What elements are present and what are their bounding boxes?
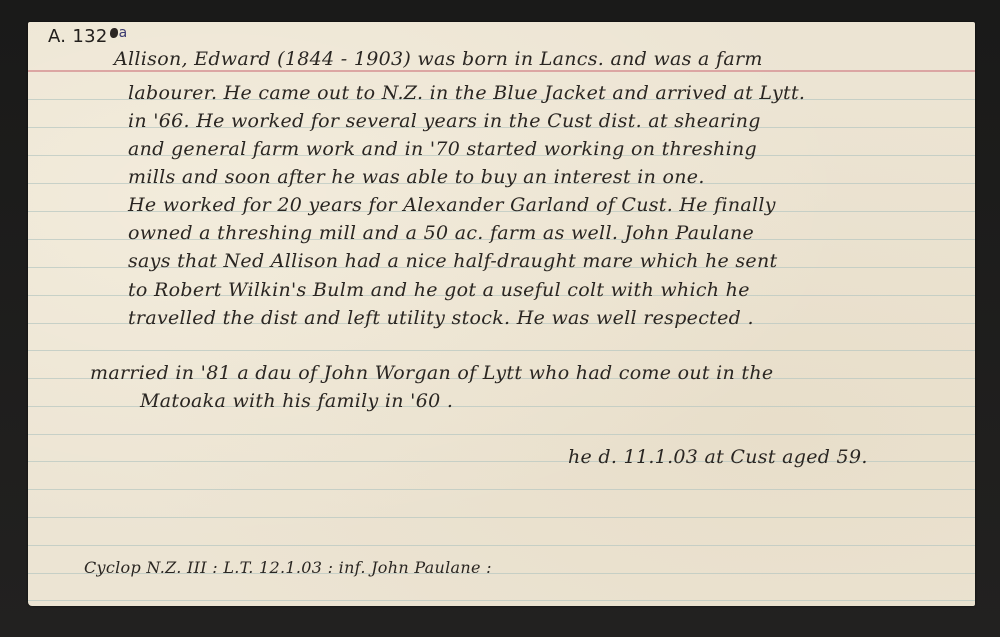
index-card: A. 132a Allison, Edward (1844 - 1903) wa… [28, 22, 975, 606]
death-note: he d. 11.1.03 at Cust aged 59. [568, 448, 868, 467]
ink-smudge [110, 28, 118, 38]
ruled-line [28, 350, 975, 351]
biography-line: Allison, Edward (1844 - 1903) was born i… [114, 50, 763, 69]
biography-line: says that Ned Allison had a nice half-dr… [128, 252, 777, 271]
ruled-line [28, 517, 975, 518]
ruled-line [28, 434, 975, 435]
card-reference-number: A. 132a [48, 26, 128, 46]
scanned-archive-card: A. 132a Allison, Edward (1844 - 1903) wa… [0, 0, 1000, 637]
sources-line: Cyclop N.Z. III : L.T. 12.1.03 : inf. Jo… [84, 560, 492, 576]
biography-line: He worked for 20 years for Alexander Gar… [128, 196, 776, 215]
marriage-line: Matoaka with his family in '60 . [140, 392, 453, 411]
header-margin-line [28, 70, 975, 72]
reference-prefix: A. 132 [48, 26, 108, 47]
biography-line: and general farm work and in '70 started… [128, 140, 757, 159]
ruled-line [28, 489, 975, 490]
biography-line: owned a threshing mill and a 50 ac. farm… [128, 224, 754, 243]
ruled-line [28, 600, 975, 601]
biography-line: travelled the dist and left utility stoc… [128, 309, 754, 328]
marriage-line: married in '81 a dau of John Worgan of L… [90, 364, 773, 383]
biography-line: labourer. He came out to N.Z. in the Blu… [128, 84, 805, 103]
biography-line: in '66. He worked for several years in t… [128, 112, 761, 131]
ruled-line [28, 545, 975, 546]
biography-line: mills and soon after he was able to buy … [128, 168, 705, 187]
biography-line: to Robert Wilkin's Bulm and he got a use… [128, 281, 750, 300]
reference-suffix: a [119, 25, 128, 41]
